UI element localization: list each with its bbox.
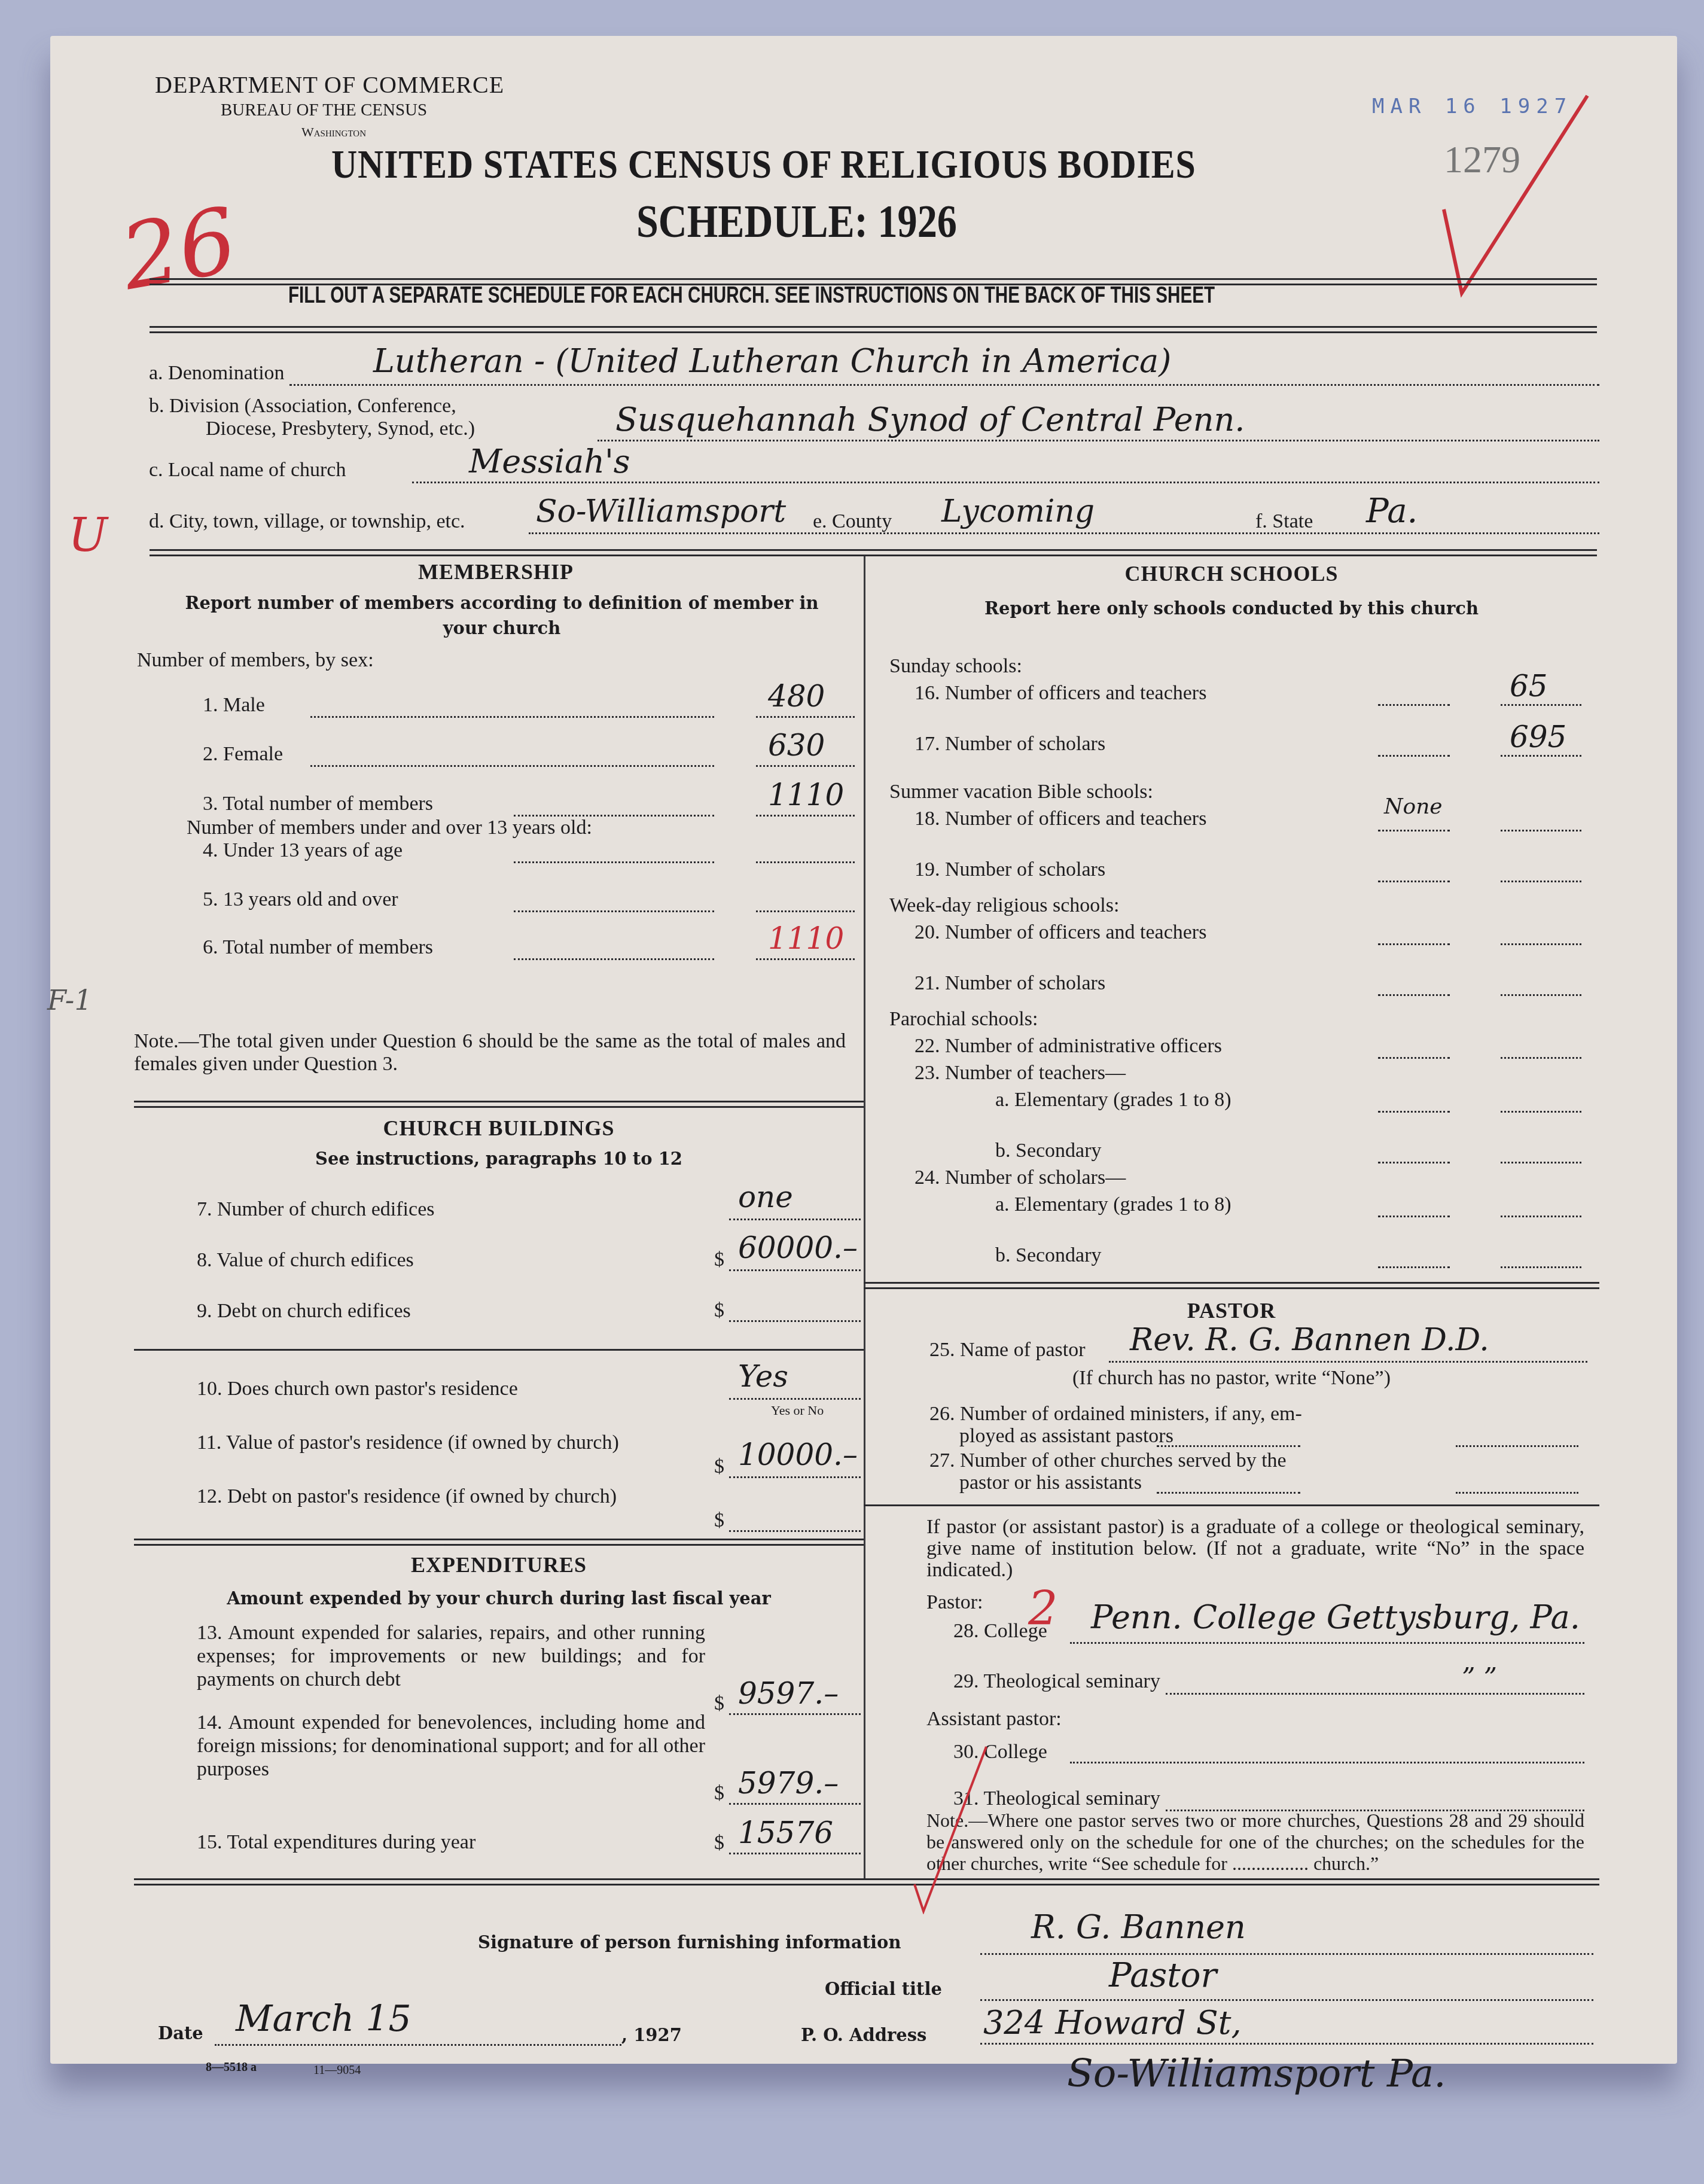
city-field[interactable]: So-Williamsport: [536, 494, 786, 529]
pastor-heading: PASTOR: [864, 1298, 1599, 1323]
asst-college-field[interactable]: [1070, 1762, 1584, 1763]
dots: [1378, 994, 1450, 996]
currency-symbol: $: [714, 1782, 724, 1805]
church-buildings-heading: CHURCH BUILDINGS: [134, 1116, 864, 1141]
school-group-title: Sunday schools:: [889, 655, 1022, 678]
bureau-name: BUREAU OF THE CENSUS: [221, 100, 427, 120]
division-label-2: Diocese, Presbytery, Synod, etc.): [206, 418, 475, 440]
school-item-label: 19. Number of scholars: [915, 858, 1105, 881]
building-value-line: [729, 1320, 861, 1322]
building-value-field[interactable]: Yes: [738, 1359, 788, 1394]
membership-value-line: [756, 861, 855, 863]
seminary-line: [1166, 1693, 1584, 1695]
membership-value-line: [756, 910, 855, 912]
currency-symbol: $: [714, 1509, 724, 1532]
pastor-note: Note.—Where one pastor serves two or mor…: [926, 1810, 1584, 1874]
official-title-field[interactable]: Pastor: [1109, 1956, 1217, 1995]
school-item-label: 20. Number of officers and teachers: [915, 921, 1206, 944]
pastor-name-line: [1109, 1361, 1587, 1363]
by-sex-label: Number of members, by sex:: [137, 649, 855, 672]
expenditure-item-label: 14. Amount expended for benevolences, in…: [197, 1711, 705, 1781]
dots: [1378, 755, 1450, 757]
dots: [1378, 704, 1450, 706]
building-item-label: 10. Does church own pastor's residence: [197, 1376, 717, 1402]
dots: [514, 910, 714, 912]
school-value-line: [1501, 755, 1581, 757]
dots: [1378, 943, 1450, 945]
membership-value-line: [756, 716, 855, 718]
currency-symbol: $: [714, 1248, 724, 1271]
yes-no-hint: Yes or No: [771, 1403, 824, 1418]
official-title-label: Official title: [825, 1979, 942, 1999]
division-line: [598, 440, 1599, 441]
building-value-line: [729, 1398, 861, 1400]
divider: [134, 1101, 864, 1102]
school-group-title: Parochial schools:: [889, 1008, 1038, 1031]
address-field-line2[interactable]: So-Williamsport Pa.: [1067, 2052, 1446, 2096]
dots: [1378, 830, 1450, 831]
membership-heading: MEMBERSHIP: [137, 559, 855, 584]
dots: [1157, 1445, 1300, 1447]
church-schools-subheading: Report here only schools conducted by th…: [864, 598, 1599, 619]
other-churches-label-2: pastor or his assistants: [959, 1472, 1142, 1494]
signature-line: [980, 1953, 1593, 1955]
local-name-line: [412, 482, 1599, 483]
membership-value-field[interactable]: 1110: [768, 778, 844, 812]
building-item-label: 12. Debt on pastor's residence (if owned…: [197, 1484, 705, 1510]
signature-field[interactable]: R. G. Bannen: [1031, 1908, 1246, 1946]
department-name: DEPARTMENT OF COMMERCE: [155, 71, 504, 99]
building-value-field[interactable]: 10000.–: [738, 1437, 858, 1472]
expenditure-value-line: [729, 1853, 861, 1854]
membership-item-label: 6. Total number of members: [203, 936, 433, 959]
membership-section: MEMBERSHIP Report number of members acco…: [137, 559, 855, 672]
graduate-instruction: If pastor (or assistant pastor) is a gra…: [926, 1516, 1584, 1581]
membership-value-field[interactable]: 480: [768, 679, 825, 714]
state-label: f. State: [1255, 510, 1313, 533]
dots: [1378, 1111, 1450, 1113]
pastor-name-label: 25. Name of pastor: [929, 1339, 1086, 1361]
dots: [1378, 1057, 1450, 1059]
building-item-label: 7. Number of church edifices: [197, 1196, 717, 1223]
membership-item-label: 3. Total number of members: [203, 793, 433, 815]
expenditure-value-field[interactable]: 15576: [738, 1816, 833, 1850]
divider: [150, 278, 1597, 280]
divider: [150, 549, 1597, 551]
building-value-field[interactable]: 60000.–: [738, 1230, 858, 1265]
school-value-line: [1501, 943, 1581, 945]
dots: [1157, 1492, 1300, 1494]
margin-mark-u: U: [68, 508, 108, 562]
school-group-title: Week-day religious schools:: [889, 894, 1119, 917]
school-value-field[interactable]: 65: [1510, 669, 1548, 703]
date-field[interactable]: March 15: [236, 1998, 411, 2040]
church-schools-heading: CHURCH SCHOOLS: [864, 561, 1599, 586]
county-field[interactable]: Lycoming: [941, 494, 1095, 529]
divider: [134, 1878, 1599, 1880]
assistant-subheading: Assistant pastor:: [926, 1708, 1062, 1731]
school-item-label: 24. Number of scholars—: [915, 1166, 1126, 1189]
assistant-pastors-field[interactable]: [1456, 1445, 1578, 1447]
expenditures-heading: EXPENDITURES: [134, 1552, 864, 1577]
pastor-name-hint: (If church has no pastor, write “None”): [864, 1367, 1599, 1390]
divider: [150, 326, 1597, 328]
school-group-title: Summer vacation Bible schools:: [889, 781, 1153, 803]
denomination-line: [289, 384, 1599, 386]
margin-note-f1: F-1: [47, 984, 92, 1016]
red-checkmark-icon: [1438, 90, 1593, 305]
membership-value-line: [756, 815, 855, 817]
membership-item-label: 1. Male: [203, 694, 265, 717]
school-value-line: [1501, 881, 1581, 882]
expenditure-value-line: [729, 1713, 861, 1715]
divider: [864, 1504, 1599, 1506]
college-line: [1070, 1642, 1584, 1644]
dots: [1378, 881, 1450, 882]
address-field-line1[interactable]: 324 Howard St,: [983, 2004, 1242, 2042]
school-value-line: [1501, 1057, 1581, 1059]
building-item-label: 9. Debt on church edifices: [197, 1298, 717, 1324]
building-value-line: [729, 1269, 861, 1271]
school-value-field[interactable]: None: [1384, 794, 1443, 819]
seminary-label: 29. Theological seminary: [953, 1670, 1160, 1693]
membership-note: Note.—The total given under Question 6 s…: [134, 1030, 846, 1076]
school-value-line: [1501, 1216, 1581, 1217]
division-field[interactable]: Susquehannah Synod of Central Penn.: [615, 401, 1245, 438]
column-divider: [864, 556, 865, 1878]
signature-label: Signature of person furnishing informati…: [478, 1932, 901, 1952]
building-value-line: [729, 1530, 861, 1532]
denomination-label: a. Denomination: [149, 362, 285, 385]
school-item-label: 23. Number of teachers—: [915, 1062, 1126, 1085]
school-item-label: 16. Number of officers and teachers: [915, 682, 1206, 705]
school-item-label: a. Elementary (grades 1 to 8): [995, 1089, 1231, 1111]
currency-symbol: $: [714, 1455, 724, 1478]
form-number: 8—5518 a: [206, 2061, 257, 2075]
school-value-line: [1501, 1162, 1581, 1163]
pastor-subheading: Pastor:: [926, 1591, 983, 1614]
denomination-field[interactable]: Lutheran - (United Lutheran Church in Am…: [373, 342, 1171, 380]
membership-value-line: [756, 765, 855, 767]
membership-item-label: 4. Under 13 years of age: [203, 839, 403, 862]
pastor-name-field[interactable]: Rev. R. G. Bannen D.D.: [1130, 1322, 1489, 1358]
divider: [134, 1539, 864, 1540]
local-name-label: c. Local name of church: [149, 459, 346, 482]
assistant-pastors-label: 26. Number of ordained ministers, if any…: [929, 1403, 1302, 1425]
print-code: 11—9054: [313, 2064, 361, 2078]
school-item-label: b. Secondary: [995, 1244, 1102, 1267]
division-label: b. Division (Association, Conference,: [149, 395, 456, 418]
expenditures-subheading: Amount expended by your church during la…: [134, 1588, 864, 1609]
expenditure-item-label: 13. Amount expended for salaries, repair…: [197, 1621, 705, 1691]
city-line: [529, 532, 1599, 534]
building-value-field[interactable]: one: [738, 1180, 793, 1214]
dots: [1378, 1216, 1450, 1217]
age-label: Number of members under and over 13 year…: [187, 817, 592, 839]
address-line: [980, 2043, 1593, 2045]
school-value-line: [1501, 704, 1581, 706]
expenditure-value-line: [729, 1803, 861, 1805]
divider: [864, 1282, 1599, 1284]
school-item-label: 17. Number of scholars: [915, 733, 1105, 756]
school-item-label: a. Elementary (grades 1 to 8): [995, 1193, 1231, 1216]
membership-item-label: 5. 13 years old and over: [203, 888, 398, 911]
building-value-line: [729, 1476, 861, 1478]
form-title: UNITED STATES CENSUS OF RELIGIOUS BODIES: [331, 141, 1196, 188]
margin-annotation-26: 26: [114, 188, 244, 311]
local-name-field[interactable]: Messiah's: [469, 443, 630, 480]
currency-symbol: $: [714, 1692, 724, 1715]
membership-subheading: Report number of members according to de…: [167, 590, 837, 641]
city-name: Washington: [301, 124, 366, 140]
expenditure-value-field[interactable]: 9597.–: [738, 1676, 839, 1711]
date-year: , 1927: [621, 2025, 682, 2045]
other-churches-field[interactable]: [1456, 1492, 1578, 1494]
church-buildings-subheading: See instructions, paragraphs 10 to 12: [134, 1149, 864, 1169]
state-field[interactable]: Pa.: [1366, 492, 1418, 531]
census-schedule-sheet: DEPARTMENT OF COMMERCE BUREAU OF THE CEN…: [50, 36, 1677, 2064]
red-checkmark-icon: [912, 1735, 1007, 1914]
building-value-line: [729, 1219, 861, 1220]
college-label: 28. College: [953, 1620, 1047, 1643]
building-item-label: 11. Value of pastor's residence (if owne…: [197, 1430, 705, 1456]
school-value-line: [1501, 1266, 1581, 1268]
membership-value-field[interactable]: 630: [768, 728, 825, 763]
dots: [1378, 1266, 1450, 1268]
building-item-label: 8. Value of church edifices: [197, 1247, 717, 1274]
address-label: P. O. Address: [801, 2025, 926, 2045]
dots: [310, 716, 714, 718]
dots: [514, 861, 714, 863]
assistant-pastors-label-2: ployed as assistant pastors: [959, 1425, 1173, 1448]
membership-value-line: [756, 958, 855, 960]
date-label: Date: [158, 2023, 203, 2043]
county-label: e. County: [813, 510, 892, 533]
dots: [514, 958, 714, 960]
membership-value-field[interactable]: 1110: [768, 921, 844, 956]
school-value-line: [1501, 1111, 1581, 1113]
schedule-year: SCHEDULE: 1926: [636, 194, 957, 248]
expenditure-item-label: 15. Total expenditures during year: [197, 1830, 705, 1854]
school-item-label: 21. Number of scholars: [915, 972, 1105, 995]
currency-symbol: $: [714, 1832, 724, 1854]
expenditure-value-field[interactable]: 5979.–: [738, 1766, 839, 1801]
dots: [310, 765, 714, 767]
membership-item-label: 2. Female: [203, 743, 283, 766]
school-item-label: b. Secondary: [995, 1140, 1102, 1162]
other-churches-label: 27. Number of other churches served by t…: [929, 1449, 1287, 1472]
date-line: [215, 2044, 621, 2046]
divider: [134, 1349, 864, 1351]
title-line: [980, 1999, 1593, 2001]
college-field[interactable]: Penn. College Gettysburg, Pa.: [1091, 1598, 1580, 1636]
school-item-label: 22. Number of administrative officers: [915, 1035, 1222, 1058]
currency-symbol: $: [714, 1299, 724, 1322]
seminary-field[interactable]: ” ”: [1462, 1663, 1497, 1693]
instruction-banner: FILL OUT A SEPARATE SCHEDULE FOR EACH CH…: [288, 283, 1215, 309]
school-value-field[interactable]: 695: [1510, 720, 1566, 754]
dots: [1378, 1162, 1450, 1163]
school-value-line: [1501, 830, 1581, 831]
school-value-line: [1501, 994, 1581, 996]
school-item-label: 18. Number of officers and teachers: [915, 808, 1206, 830]
city-label: d. City, town, village, or township, etc…: [149, 510, 465, 533]
